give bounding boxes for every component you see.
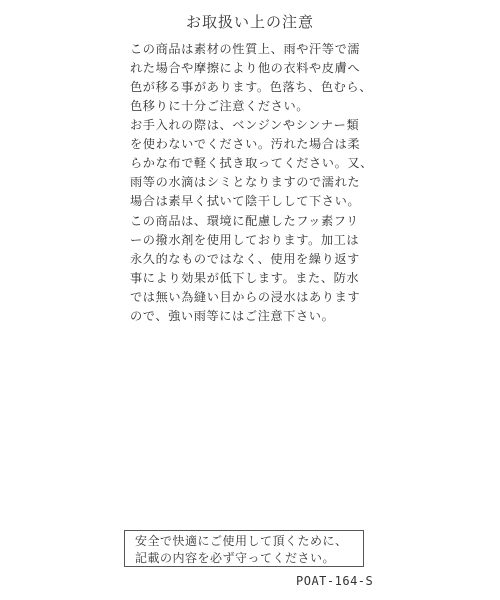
text-line: では無い為縫い目からの浸水はあります <box>130 288 375 307</box>
text-line: を使わないでください。汚れた場合は柔 <box>130 135 375 154</box>
text-line: らかな布で軽く拭き取ってください。又、 <box>130 154 375 173</box>
text-line: 色が移る事があります。色落ち、色むら、 <box>130 78 375 97</box>
text-line: ので、強い雨等にはご注意下さい。 <box>130 307 375 326</box>
text-line: 事により効果が低下します。また、防水 <box>130 269 375 288</box>
product-code: POAT-164-S <box>296 574 373 588</box>
care-instructions-paragraph: この商品は素材の性質上、雨や汗等で濡 れた場合や摩擦により他の衣料や皮膚へ 色が… <box>130 40 375 211</box>
notice-line: 安全で快適にご使用して頂くために、 <box>135 533 363 550</box>
text-line: 雨等の水滴はシミとなりますので濡れた <box>130 173 375 192</box>
text-line: れた場合や摩擦により他の衣料や皮膚へ <box>130 59 375 78</box>
notice-line: 記載の内容を必ず守ってください。 <box>135 550 363 567</box>
water-repellent-paragraph: この商品は、環境に配慮したフッ素フリ ーの撥水剤を使用しております。加工は 永久… <box>130 212 375 326</box>
text-line: 場合は素早く拭いて陰干しして下さい。 <box>130 192 375 211</box>
text-line: ーの撥水剤を使用しております。加工は <box>130 231 375 250</box>
page-title: お取扱い上の注意 <box>0 11 500 32</box>
text-line: お手入れの際は、ベンジンやシンナー類 <box>130 116 375 135</box>
text-line: 永久的なものではなく、使用を繰り返す <box>130 250 375 269</box>
text-line: この商品は素材の性質上、雨や汗等で濡 <box>130 40 375 59</box>
text-line: 色移りに十分ご注意ください。 <box>130 97 375 116</box>
text-line: この商品は、環境に配慮したフッ素フリ <box>130 212 375 231</box>
safety-notice-box: 安全で快適にご使用して頂くために、 記載の内容を必ず守ってください。 <box>124 530 364 567</box>
